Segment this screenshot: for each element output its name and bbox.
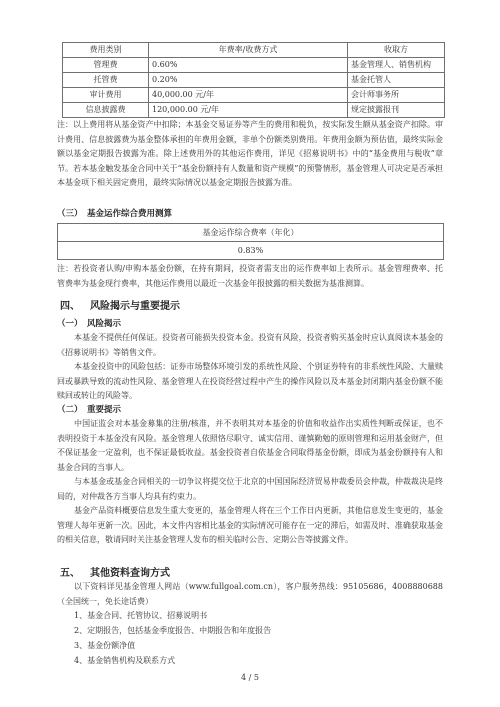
table-row: 信息披露费 120,000.00 元/年 规定披露报刊 — [63, 103, 445, 118]
section4-sub2-heading: （二）重要提示 — [57, 403, 121, 415]
section5-number: 五、 — [60, 564, 90, 579]
fee-table: 费用类别 年费率/收费方式 收取方 管理费 0.60% 基金管理人、销售机构 托… — [62, 42, 445, 118]
table-header-row: 基金运作综合费率（年化） — [58, 224, 444, 242]
fee-rate-cell: 120,000.00 元/年 — [149, 103, 348, 118]
section4-title: 风险揭示与重要提示 — [90, 301, 180, 312]
page-number: 4 / 5 — [0, 673, 500, 682]
ops-value: 0.83% — [58, 242, 444, 260]
header-rate: 年费率/收费方式 — [149, 43, 348, 58]
fee-type-cell: 管理费 — [63, 58, 149, 73]
ops-header: 基金运作综合费率（年化） — [58, 224, 444, 242]
header-fee-type: 费用类别 — [63, 43, 149, 58]
risk-paragraph: 本基金投资中的风险包括：证券市场整体环境引发的系统性风险、个别证券特有的非系统性… — [57, 360, 443, 404]
sub1-title: 风险揭示 — [87, 319, 121, 329]
fee-rate-cell: 0.60% — [149, 58, 348, 73]
table-row: 0.83% — [58, 242, 444, 260]
list-item: 2、定期报告，包括基金季度报告、中期报告和年度报告 — [74, 624, 271, 638]
table-row: 管理费 0.60% 基金管理人、销售机构 — [63, 58, 445, 73]
fee-type-cell: 审计费用 — [63, 88, 149, 103]
section5-intro: 以下资料详见基金管理人网站（www.fullgoal.com.cn），客户服务热… — [57, 580, 443, 609]
table-header-row: 费用类别 年费率/收费方式 收取方 — [63, 43, 445, 58]
section3-heading: （三）基金运作综合费用测算 — [57, 207, 172, 219]
list-item: 3、基金份额净值 — [74, 639, 135, 653]
section4-number: 四、 — [60, 297, 90, 312]
notice-paragraph: 与本基金或基金合同相关的一切争议将提交位于北京的中国国际经济贸易仲裁委员会仲裁，… — [57, 475, 443, 504]
fee-type-cell: 信息披露费 — [63, 103, 149, 118]
sub1-number: （一） — [57, 317, 87, 329]
table-row: 审计费用 40,000.00 元/年 会计师事务所 — [63, 88, 445, 103]
fee-recipient-cell: 基金管理人、销售机构 — [348, 58, 445, 73]
section3-note: 注：若投资者认购/申购本基金份额，在持有期间，投资者需支出的运作费率如上表所示。… — [57, 262, 443, 291]
list-item: 1、基金合同、托管协议、招募说明书 — [74, 609, 207, 623]
section3-title: 基金运作综合费用测算 — [87, 209, 172, 219]
fee-rate-cell: 40,000.00 元/年 — [149, 88, 348, 103]
document-page: 费用类别 年费率/收费方式 收取方 管理费 0.60% 基金管理人、销售机构 托… — [0, 0, 500, 707]
sub2-number: （二） — [57, 403, 87, 415]
risk-paragraph: 本基金不提供任何保证。投资者可能损失投资本金。投资有风险，投资者购买基金时应认真… — [57, 331, 443, 360]
list-item: 4、基金销售机构及联系方式 — [74, 654, 175, 668]
fee-rate-cell: 0.20% — [149, 73, 348, 88]
fee-recipient-cell: 会计师事务所 — [348, 88, 445, 103]
fee-type-cell: 托管费 — [63, 73, 149, 88]
fee-recipient-cell: 规定披露报刊 — [348, 103, 445, 118]
table-row: 托管费 0.20% 基金托管人 — [63, 73, 445, 88]
fee-note: 注：以上费用将从基金资产中扣除；本基金交易证券等产生的费用和税负，按实际发生额从… — [57, 118, 443, 191]
header-recipient: 收取方 — [348, 43, 445, 58]
section4-sub1-heading: （一）风险揭示 — [57, 317, 121, 329]
notice-paragraph: 基金产品资料概要信息发生重大变更的，基金管理人将在三个工作日内更新，其他信息发生… — [57, 504, 443, 548]
notice-paragraph: 中国证监会对本基金募集的注册/核准，并不表明其对本基金的价值和收益作出实质性判断… — [57, 417, 443, 475]
fee-recipient-cell: 基金托管人 — [348, 73, 445, 88]
section5-heading: 五、其他资料查询方式 — [60, 564, 170, 579]
section3-number: （三） — [57, 207, 87, 219]
section4-heading: 四、风险揭示与重要提示 — [60, 297, 180, 312]
sub2-title: 重要提示 — [87, 405, 121, 415]
operating-fee-table: 基金运作综合费率（年化） 0.83% — [57, 223, 444, 260]
section5-title: 其他资料查询方式 — [90, 568, 170, 579]
